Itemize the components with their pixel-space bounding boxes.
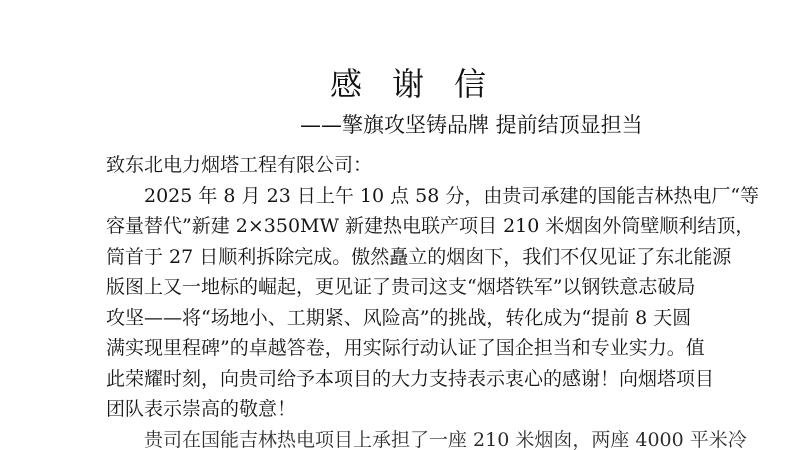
letter-page: 感谢信 ——擎旗攻坚铸品牌 提前结顶显担当 致东北电力烟塔工程有限公司： 202…	[0, 0, 800, 450]
letter-subtitle: ——擎旗攻坚铸品牌 提前结顶显担当	[300, 110, 643, 140]
paragraph-line-cut: 贵司在国能吉林热电项目上承担了一座 210 米烟囱，两座 4000 平米冷	[106, 425, 746, 450]
paragraph-line: 版图上又一地标的崛起，更见证了贵司这支“烟塔铁军”以钢铁意志破局	[106, 272, 746, 303]
paragraph-line: 容量替代”新建 2×350MW 新建热电联产项目 210 米烟囱外筒壁顺利结顶，	[106, 211, 746, 242]
paragraph-line: 攻坚——将“场地小、工期紧、风险高”的挑战，转化成为“提前 8 天圆	[106, 303, 746, 334]
paragraph-line: 团队表示崇高的敬意！	[106, 394, 746, 425]
paragraph-line: 满实现里程碑”的卓越答卷，用实际行动认证了国企担当和专业实力。值	[106, 333, 746, 364]
paragraph-line: 2025 年 8 月 23 日上午 10 点 58 分，由贵司承建的国能吉林热电…	[106, 181, 746, 212]
salutation: 致东北电力烟塔工程有限公司：	[106, 150, 746, 181]
paragraph-line: 此荣耀时刻，向贵司给予本项目的大力支持表示衷心的感谢！向烟塔项目	[106, 364, 746, 395]
letter-title: 感谢信	[330, 64, 516, 104]
paragraph-line: 筒首于 27 日顺利拆除完成。傲然矗立的烟囱下，我们不仅见证了东北能源	[106, 242, 746, 273]
letter-body: 致东北电力烟塔工程有限公司： 2025 年 8 月 23 日上午 10 点 58…	[106, 150, 746, 450]
